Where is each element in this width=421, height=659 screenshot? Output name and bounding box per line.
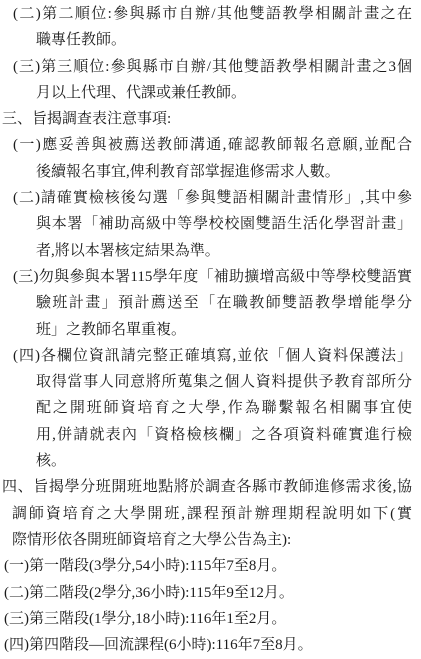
text-line: 者,將以本署核定結果為準。 bbox=[0, 238, 412, 264]
text-line: 調師資培育之大學開班,課程預計辦理期程說明如下(實 bbox=[0, 501, 412, 527]
list-item: (四)第四階段—回流課程(6小時):116年7至8月。 bbox=[0, 632, 412, 658]
text-line: 取得當事人同意將所蒐集之個人資料提供予教育部所分 bbox=[0, 369, 412, 395]
text-line: 用,併請就表內「資格檢核欄」之各項資料確實進行檢 bbox=[0, 422, 412, 448]
list-item: (一)第一階段(3學分,54小時):115年7至8月。 bbox=[0, 553, 412, 579]
text-line: 配之開班師資培育之大學,作為聯繫報名相關事宜使 bbox=[0, 395, 412, 421]
text-line: 班」之教師名單重複。 bbox=[0, 317, 412, 343]
list-item: (三)第三階段(1學分,18小時):116年1至2月。 bbox=[0, 606, 412, 632]
text-line: 後續報名事宜,俾利教育部掌握進修需求人數。 bbox=[0, 159, 412, 185]
text-line: (三)勿與參與本署115學年度「補助擴增高級中等學校雙語實 bbox=[0, 264, 412, 290]
document-page: (二)第二順位:參與縣市自辦/其他雙語教學相關計畫之在 職專任教師。 (三)第三… bbox=[0, 0, 421, 659]
text-line: (一)應妥善與被薦送教師溝通,確認教師報名意願,並配合 bbox=[0, 132, 412, 158]
text-line: 際情形依各開班師資培育之大學公告為主): bbox=[0, 527, 412, 553]
text-line: (二)請確實檢核後勾選「參與雙語相關計畫情形」,其中參 bbox=[0, 185, 412, 211]
list-item: (二)第二階段(2學分,36小時):115年9至12月。 bbox=[0, 580, 412, 606]
text-line: 職專任教師。 bbox=[0, 27, 412, 53]
section-heading: 四、旨揭學分班開班地點將於調查各縣市教師進修需求後,協 bbox=[0, 474, 412, 500]
text-line: (四)各欄位資訊請完整正確填寫,並依「個人資料保護法」 bbox=[0, 343, 412, 369]
text-line: 核。 bbox=[0, 448, 412, 474]
section-heading: 三、旨揭調查表注意事項: bbox=[0, 106, 412, 132]
text-line: 驗班計畫」預計薦送至「在職教師雙語教學增能學分 bbox=[0, 290, 412, 316]
text-line: (二)第二順位:參與縣市自辦/其他雙語教學相關計畫之在 bbox=[0, 1, 412, 27]
text-line: 與本署「補助高級中等學校校園雙語生活化學習計畫」 bbox=[0, 211, 412, 237]
text-line: 月以上代理、代課或兼任教師。 bbox=[0, 80, 412, 106]
text-line: (三)第三順位:參與縣市自辦/其他雙語教學相關計畫之3個 bbox=[0, 54, 412, 80]
